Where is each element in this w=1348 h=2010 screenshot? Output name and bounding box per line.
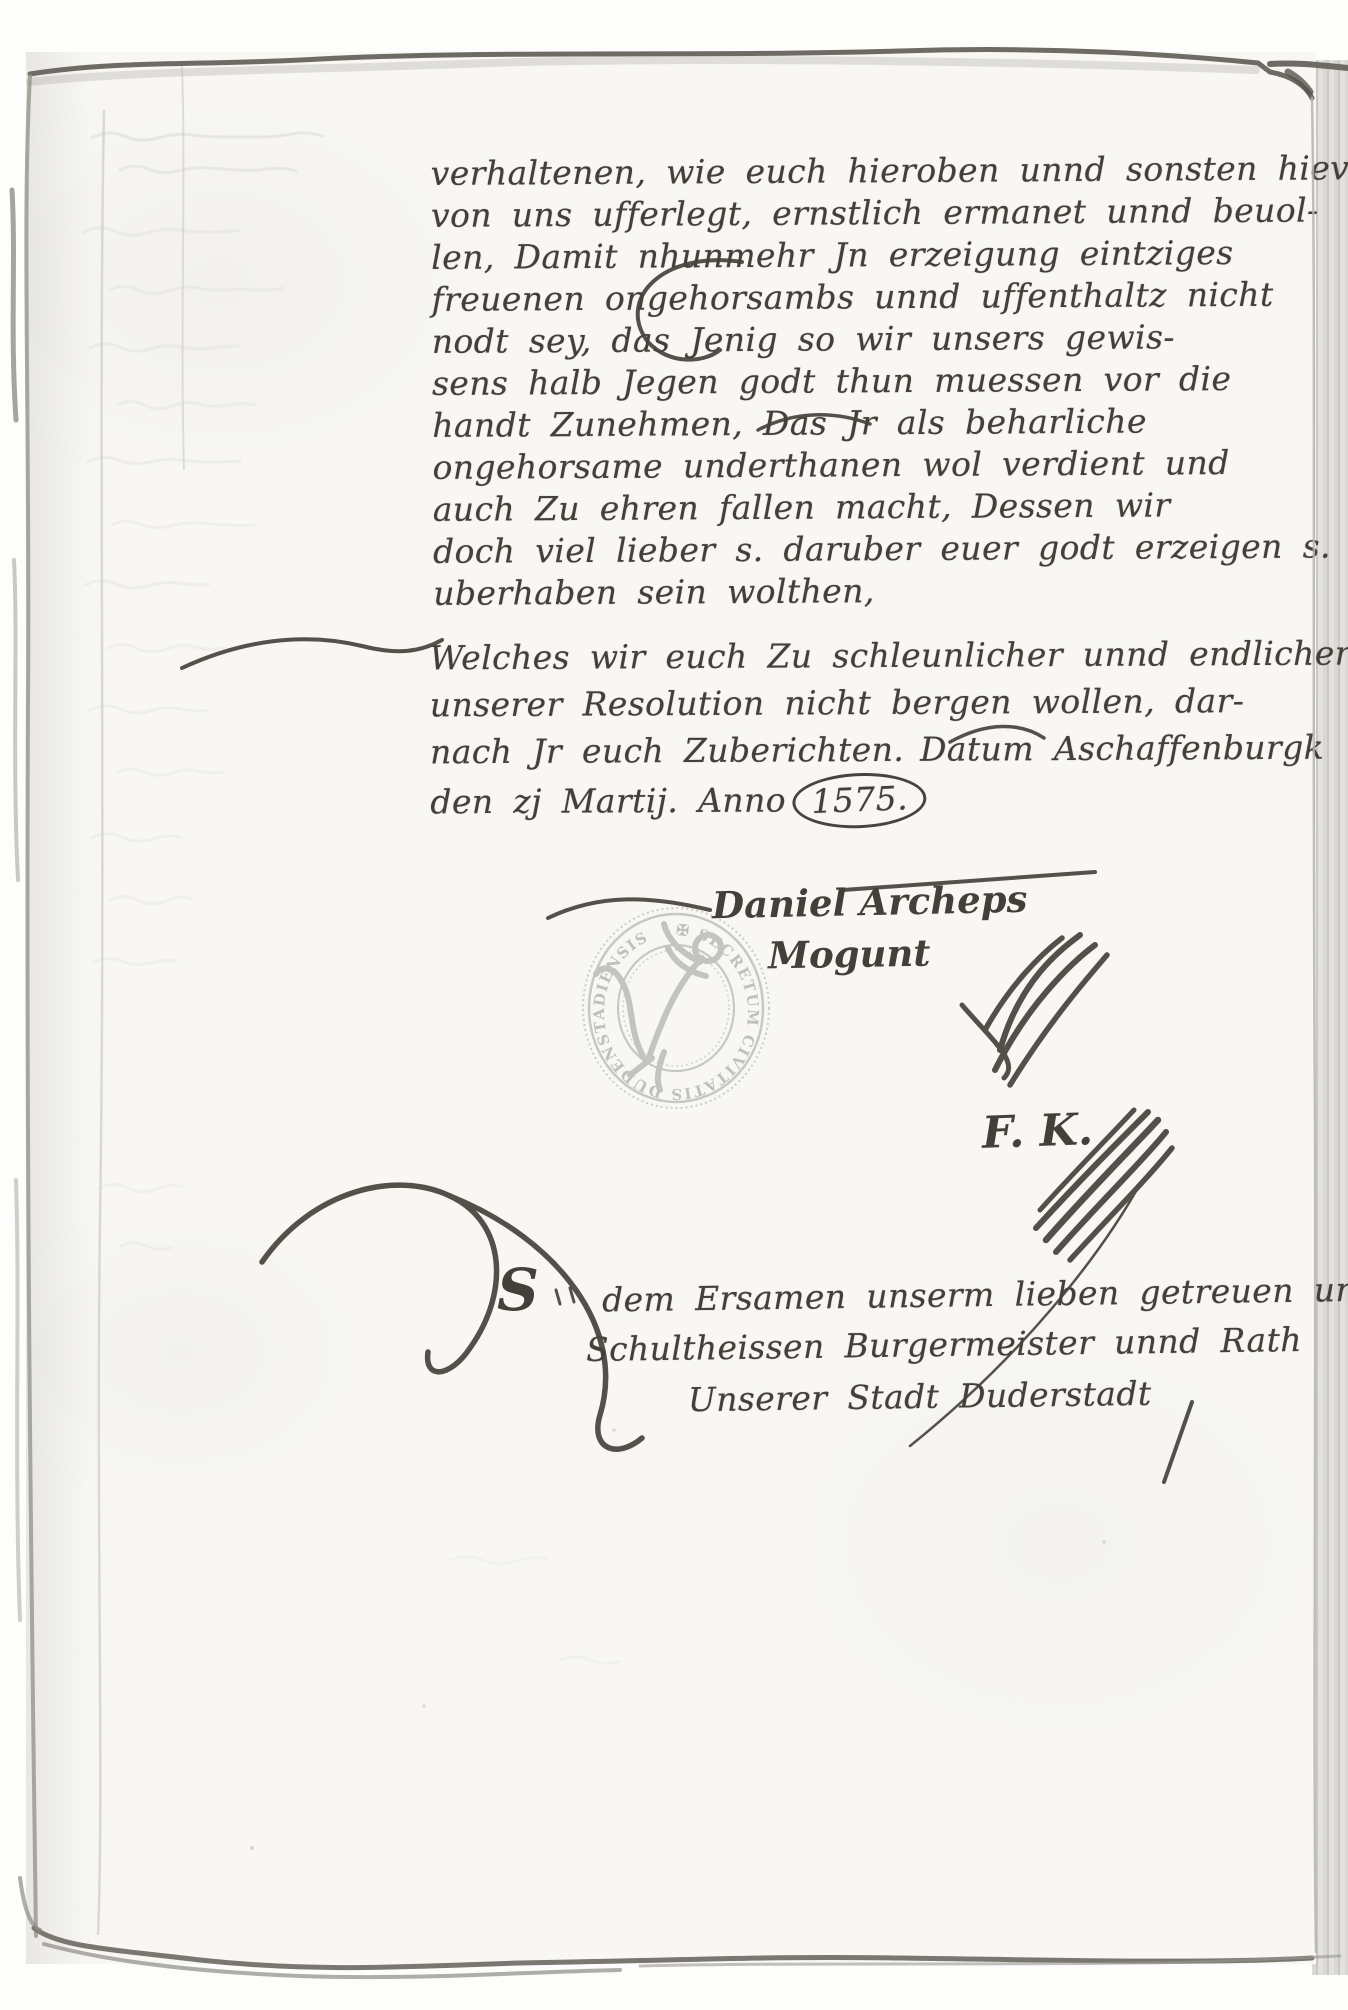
body-line: von uns ufferlegt, ernstlich ermanet unn… [431,189,1348,237]
manuscript-scan: verhaltenen, wie euch hieroben unnd sons… [0,0,1348,2010]
closing-line: nach Jr euch Zuberichten. Datum Aschaffe… [430,724,1324,776]
body-line: verhaltenen, wie euch hieroben unnd sons… [431,147,1348,195]
address-line: dem Ersamen unserm lieben getreuen unn [602,1269,1348,1322]
closing-paragraph: Welches wir euch Zu schleunlicher unnd e… [429,630,1324,831]
seal-legend: ✠ SECRETUM CIVITATIS DUDENSTADIENSIS [590,921,762,1103]
closing-line-right: Datum Aschaffenburgk [920,724,1324,773]
signature-name: Daniel Archeps [712,877,1028,928]
body-paragraph: verhaltenen, wie euch hieroben unnd sons… [431,147,1348,615]
manuscript-page: verhaltenen, wie euch hieroben unnd sons… [26,52,1316,1964]
body-line: uberhaben sein wolthen, [433,567,1348,615]
lion-rampant-emblem [596,924,721,1090]
circled-year: 1575. [791,770,928,830]
date-line: den zj Martij. Anno1575. [430,771,1324,831]
signature-see: Mogunt [768,931,931,978]
body-line: doch viel lieber s. daruber euer godt er… [433,525,1348,573]
body-line: freuenen ongehorsambs unnd uffenthaltz n… [431,273,1348,321]
date-text: den zj Martij. Anno [430,780,786,821]
closing-line: unserer Resolution nicht bergen wollen, … [430,677,1324,729]
body-line: handt Zunehmen, Das Jr als beharliche [432,399,1348,447]
countersign: F. K. [981,1104,1094,1159]
closing-line: Welches wir euch Zu schleunlicher unnd e… [429,630,1323,682]
body-line: sens halb Jegen godt thun muessen vor di… [432,357,1348,405]
svg-text:✠ SECRETUM CIVITATIS DUDENSTAD: ✠ SECRETUM CIVITATIS DUDENSTADIENSIS [590,921,762,1103]
body-line: auch Zu ehren fallen macht, Dessen wir [433,483,1348,531]
closing-line-left: nach Jr euch Zuberichten. [430,726,904,775]
address-initial: S [497,1256,539,1324]
body-line: ongehorsame underthanen wol verdient und [432,441,1348,489]
body-line: len, Damit nhunmehr Jn erzeigung eintzig… [431,231,1348,279]
address-line: Unserer Stadt Duderstadt [688,1373,1152,1421]
body-line: nodt sey, das Jenig so wir unsers gewis- [432,315,1348,363]
address-line: Schultheissen Burgermeister unnd Rath [586,1319,1302,1371]
